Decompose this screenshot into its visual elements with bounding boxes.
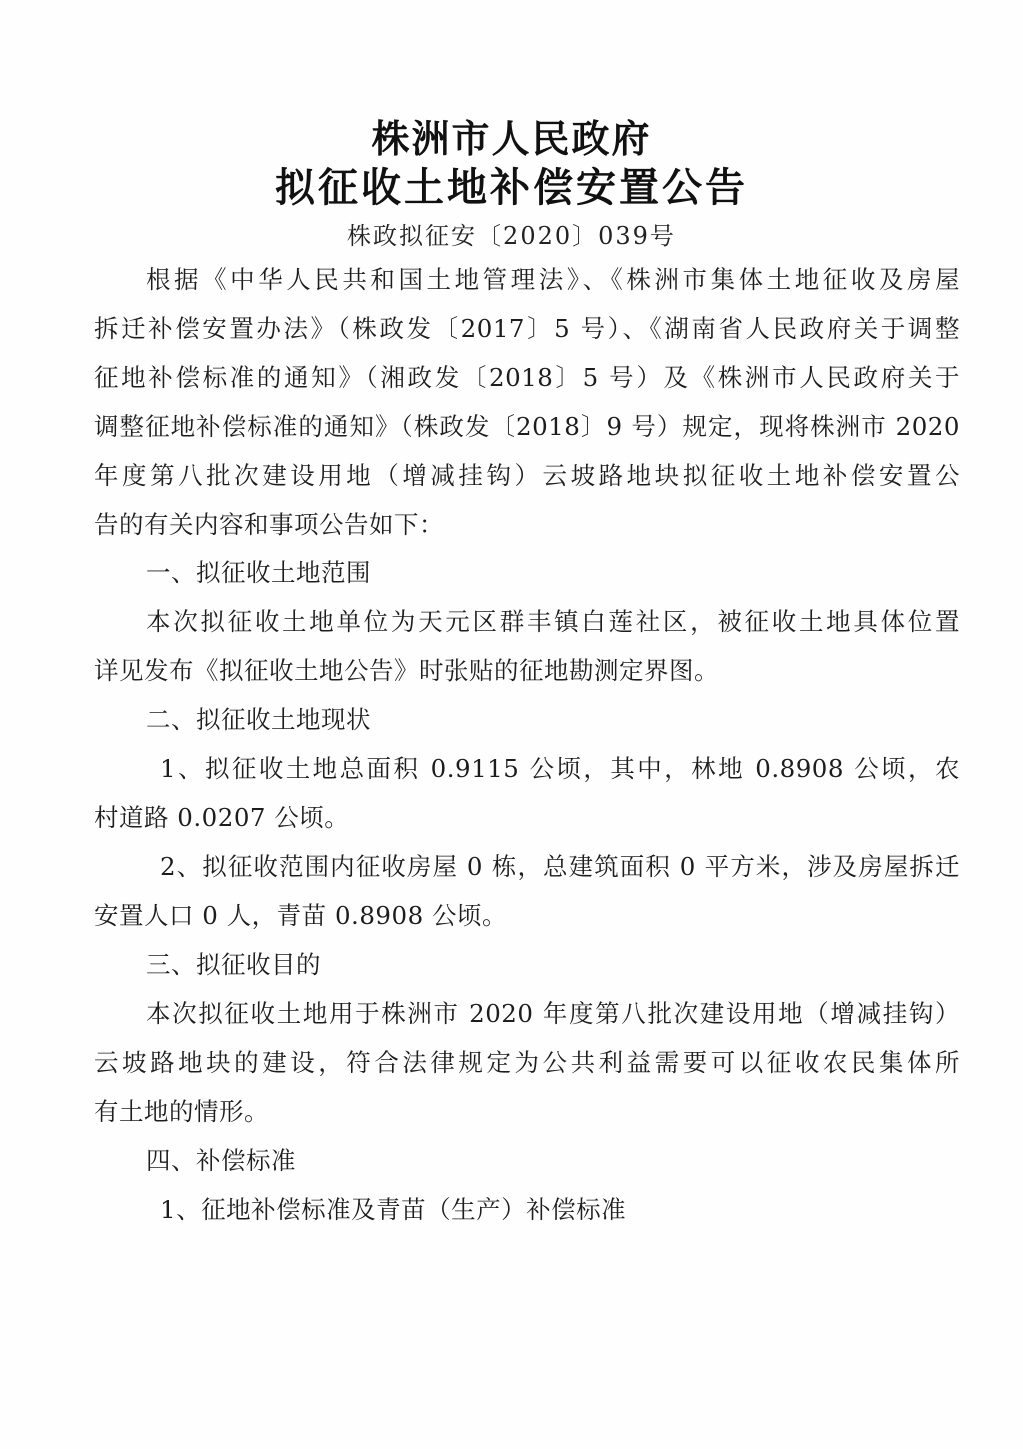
- body-line: 详见发布《拟征收土地公告》时张贴的征地勘测定界图。: [94, 656, 960, 686]
- body-line: 1、征地补偿标准及青苗（生产）补偿标准: [160, 1195, 960, 1225]
- issuer-title: 株洲市人民政府: [0, 108, 1023, 163]
- body-line: 有土地的情形。: [94, 1097, 960, 1127]
- body-line: 村道路 0.0207 公顷。: [94, 803, 960, 833]
- body-line: 云坡路地块的建设，符合法律规定为公共利益需要可以征收农民集体所: [94, 1048, 960, 1078]
- document-number: 株政拟征安〔2020〕039号: [0, 216, 1023, 251]
- notice-title: 拟征收土地补偿安置公告: [0, 156, 1023, 213]
- body-line: 本次拟征收土地单位为天元区群丰镇白莲社区，被征收土地具体位置: [146, 607, 960, 637]
- section-heading-scope: 一、拟征收土地范围: [146, 558, 371, 588]
- intro-line: 年度第八批次建设用地（增减挂钩）云坡路地块拟征收土地补偿安置公: [94, 461, 960, 491]
- intro-line: 调整征地补偿标准的通知》（株政发〔2018〕9 号）规定，现将株洲市 2020: [94, 412, 960, 442]
- document-page: 株洲市人民政府 拟征收土地补偿安置公告 株政拟征安〔2020〕039号 根据《中…: [0, 0, 1023, 1449]
- intro-line: 拆迁补偿安置办法》（株政发〔2017〕5 号）、《湖南省人民政府关于调整: [94, 314, 960, 344]
- body-line: 本次拟征收土地用于株洲市 2020 年度第八批次建设用地（增减挂钩）: [146, 999, 960, 1029]
- intro-line: 征地补偿标准的通知》（湘政发〔2018〕5 号）及《株洲市人民政府关于: [94, 363, 960, 393]
- body-line: 安置人口 0 人，青苗 0.8908 公顷。: [94, 901, 960, 931]
- intro-line: 告的有关内容和事项公告如下：: [94, 510, 960, 540]
- intro-line: 根据《中华人民共和国土地管理法》、《株洲市集体土地征收及房屋: [146, 265, 960, 295]
- body-line: 2、拟征收范围内征收房屋 0 栋，总建筑面积 0 平方米，涉及房屋拆迁: [160, 852, 960, 882]
- body-line: 1、拟征收土地总面积 0.9115 公顷，其中，林地 0.8908 公顷，农: [160, 754, 960, 784]
- section-heading-purpose: 三、拟征收目的: [146, 950, 321, 980]
- section-heading-compensation: 四、补偿标准: [146, 1146, 296, 1176]
- section-heading-status: 二、拟征收土地现状: [146, 705, 371, 735]
